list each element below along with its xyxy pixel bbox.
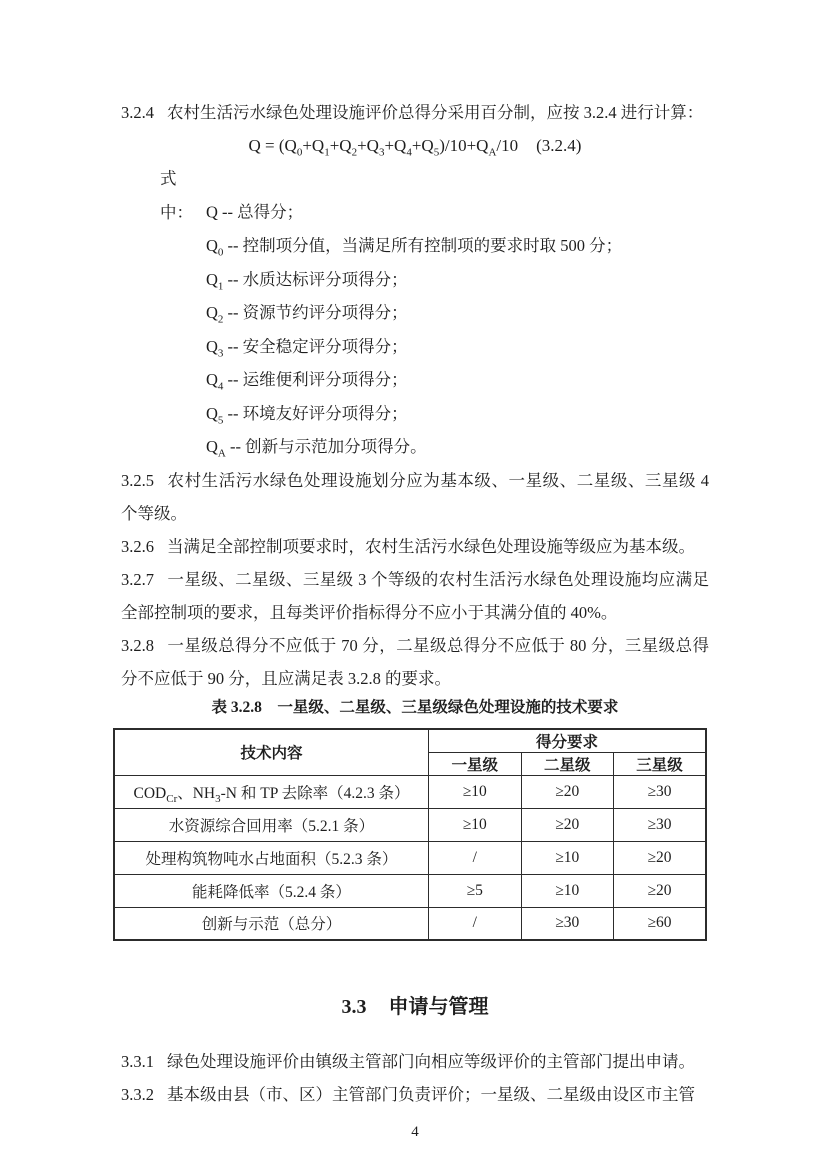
paragraph-text: 农村生活污水绿色处理设施划分应为基本级、一星级、二星级、三星级 4 个等级。 (121, 471, 709, 523)
paragraph-text: 基本级由县（市、区）主管部门负责评价；一星级、二星级由设区市主管 (167, 1085, 695, 1104)
table-row-label: CODCr、NH3-N 和 TP 去除率（4.2.3 条） (114, 775, 429, 808)
table-header-cell: 得分要求 (429, 729, 707, 753)
table-cell: ≥5 (429, 874, 522, 907)
definition-line: Q5 -- 环境友好评分项得分； (121, 397, 709, 431)
section-heading-3-3: 3.3申请与管理 (121, 992, 709, 1022)
table-cell: ≥20 (614, 841, 707, 874)
paragraph-3-3-1: 3.3.1绿色处理设施评价由镇级主管部门向相应等级评价的主管部门提出申请。 (121, 1045, 709, 1078)
table-header-cell: 二星级 (521, 752, 614, 775)
definition-text: Q4 -- 运维便利评分项得分； (206, 370, 408, 389)
paragraph-3-2-5: 3.2.5农村生活污水绿色处理设施划分应为基本级、一星级、二星级、三星级 4 个… (121, 464, 709, 530)
definition-line: Q2 -- 资源节约评分项得分； (121, 296, 709, 330)
table-header-cell: 技术内容 (114, 729, 429, 776)
table-row: CODCr、NH3-N 和 TP 去除率（4.2.3 条） ≥10 ≥20 ≥3… (114, 775, 706, 808)
table-cell: ≥10 (429, 808, 522, 841)
table-row-label: 处理构筑物吨水占地面积（5.2.3 条） (114, 841, 429, 874)
table-row: 水资源综合回用率（5.2.1 条） ≥10 ≥20 ≥30 (114, 808, 706, 841)
paragraph-3-3-2: 3.3.2基本级由县（市、区）主管部门负责评价；一星级、二星级由设区市主管 (121, 1078, 709, 1111)
paragraph-3-2-4: 3.2.4农村生活污水绿色处理设施评价总得分采用百分制，应按 3.2.4 进行计… (121, 96, 709, 129)
paragraph-text: 一星级总得分不应低于 70 分，二星级总得分不应低于 80 分，三星级总得分不应… (121, 636, 709, 688)
definition-line: Q4 -- 运维便利评分项得分； (121, 363, 709, 397)
section-number: 3.3.1 (121, 1052, 154, 1071)
definition-text: Q2 -- 资源节约评分项得分； (206, 303, 408, 322)
definition-line: Q1 -- 水质达标评分项得分； (121, 263, 709, 297)
table-cell: / (429, 907, 522, 940)
formula: Q = (Q0+Q1+Q2+Q3+Q4+Q5)/10+QA/10(3.2.4) (121, 129, 709, 162)
paragraph-3-2-6: 3.2.6当满足全部控制项要求时，农村生活污水绿色处理设施等级应为基本级。 (121, 530, 709, 563)
section-heading-title: 申请与管理 (389, 996, 489, 1018)
table-row-label: 水资源综合回用率（5.2.1 条） (114, 808, 429, 841)
definition-text: QA -- 创新与示范加分项得分。 (206, 437, 427, 456)
formula-expression: Q = (Q0+Q1+Q2+Q3+Q4+Q5)/10+QA/10 (249, 136, 519, 155)
paragraph-text: 一星级、二星级、三星级 3 个等级的农村生活污水绿色处理设施均应满足全部控制项的… (121, 570, 709, 622)
definition-line: 式中：Q -- 总得分； (121, 162, 709, 229)
document-page: 3.2.4农村生活污水绿色处理设施评价总得分采用百分制，应按 3.2.4 进行计… (0, 0, 826, 1169)
section-number: 3.2.5 (121, 471, 154, 490)
paragraph-text: 农村生活污水绿色处理设施评价总得分采用百分制，应按 3.2.4 进行计算： (167, 103, 703, 122)
table-header-cell: 三星级 (614, 752, 707, 775)
table-row: 能耗降低率（5.2.4 条） ≥5 ≥10 ≥20 (114, 874, 706, 907)
paragraph-text: 当满足全部控制项要求时，农村生活污水绿色处理设施等级应为基本级。 (167, 537, 695, 556)
definition-text: Q0 -- 控制项分值，当满足所有控制项的要求时取 500 分； (206, 236, 622, 255)
table-cell: ≥10 (521, 874, 614, 907)
table-header-cell: 一星级 (429, 752, 522, 775)
paragraph-text: 绿色处理设施评价由镇级主管部门向相应等级评价的主管部门提出申请。 (167, 1052, 695, 1071)
section-number: 3.2.7 (121, 570, 154, 589)
definition-line: Q0 -- 控制项分值，当满足所有控制项的要求时取 500 分； (121, 229, 709, 263)
table-cell: ≥20 (614, 874, 707, 907)
paragraph-3-2-8: 3.2.8一星级总得分不应低于 70 分，二星级总得分不应低于 80 分，三星级… (121, 629, 709, 695)
table-cell: ≥30 (614, 808, 707, 841)
page-number: 4 (121, 1122, 709, 1142)
definition-text: Q1 -- 水质达标评分项得分； (206, 270, 408, 289)
definition-text: Q3 -- 安全稳定评分项得分； (206, 337, 408, 356)
table-row-label: 创新与示范（总分） (114, 907, 429, 940)
definition-line: Q3 -- 安全稳定评分项得分； (121, 330, 709, 364)
section-number: 3.3.2 (121, 1085, 154, 1104)
table-cell: ≥10 (429, 775, 522, 808)
table-cell: ≥30 (521, 907, 614, 940)
definition-text: Q -- 总得分； (206, 203, 303, 222)
table-cell: / (429, 841, 522, 874)
section-number: 3.2.4 (121, 103, 154, 122)
section-number: 3.2.6 (121, 537, 154, 556)
table-cell: ≥20 (521, 808, 614, 841)
table-caption: 表 3.2.8 一星级、二星级、三星级绿色处理设施的技术要求 (121, 696, 709, 720)
equation-number: (3.2.4) (536, 136, 581, 155)
page-content: 3.2.4农村生活污水绿色处理设施评价总得分采用百分制，应按 3.2.4 进行计… (0, 0, 826, 1142)
formula-definitions: 式中：Q -- 总得分； Q0 -- 控制项分值，当满足所有控制项的要求时取 5… (121, 162, 709, 464)
table-cell: ≥30 (614, 775, 707, 808)
table-header-row: 技术内容 得分要求 (114, 729, 706, 753)
table-row: 创新与示范（总分） / ≥30 ≥60 (114, 907, 706, 940)
definition-line: QA -- 创新与示范加分项得分。 (121, 430, 709, 464)
table-cell: ≥10 (521, 841, 614, 874)
table-cell: ≥20 (521, 775, 614, 808)
table-cell: ≥60 (614, 907, 707, 940)
table-row: 处理构筑物吨水占地面积（5.2.3 条） / ≥10 ≥20 (114, 841, 706, 874)
requirements-table: 技术内容 得分要求 一星级 二星级 三星级 CODCr、NH3-N 和 TP 去… (113, 728, 707, 942)
table-row-label: 能耗降低率（5.2.4 条） (114, 874, 429, 907)
section-number: 3.2.8 (121, 636, 154, 655)
paragraph-3-2-7: 3.2.7一星级、二星级、三星级 3 个等级的农村生活污水绿色处理设施均应满足全… (121, 563, 709, 629)
where-prefix: 式中： (160, 162, 206, 229)
section-heading-number: 3.3 (342, 996, 367, 1018)
definition-text: Q5 -- 环境友好评分项得分； (206, 404, 408, 423)
